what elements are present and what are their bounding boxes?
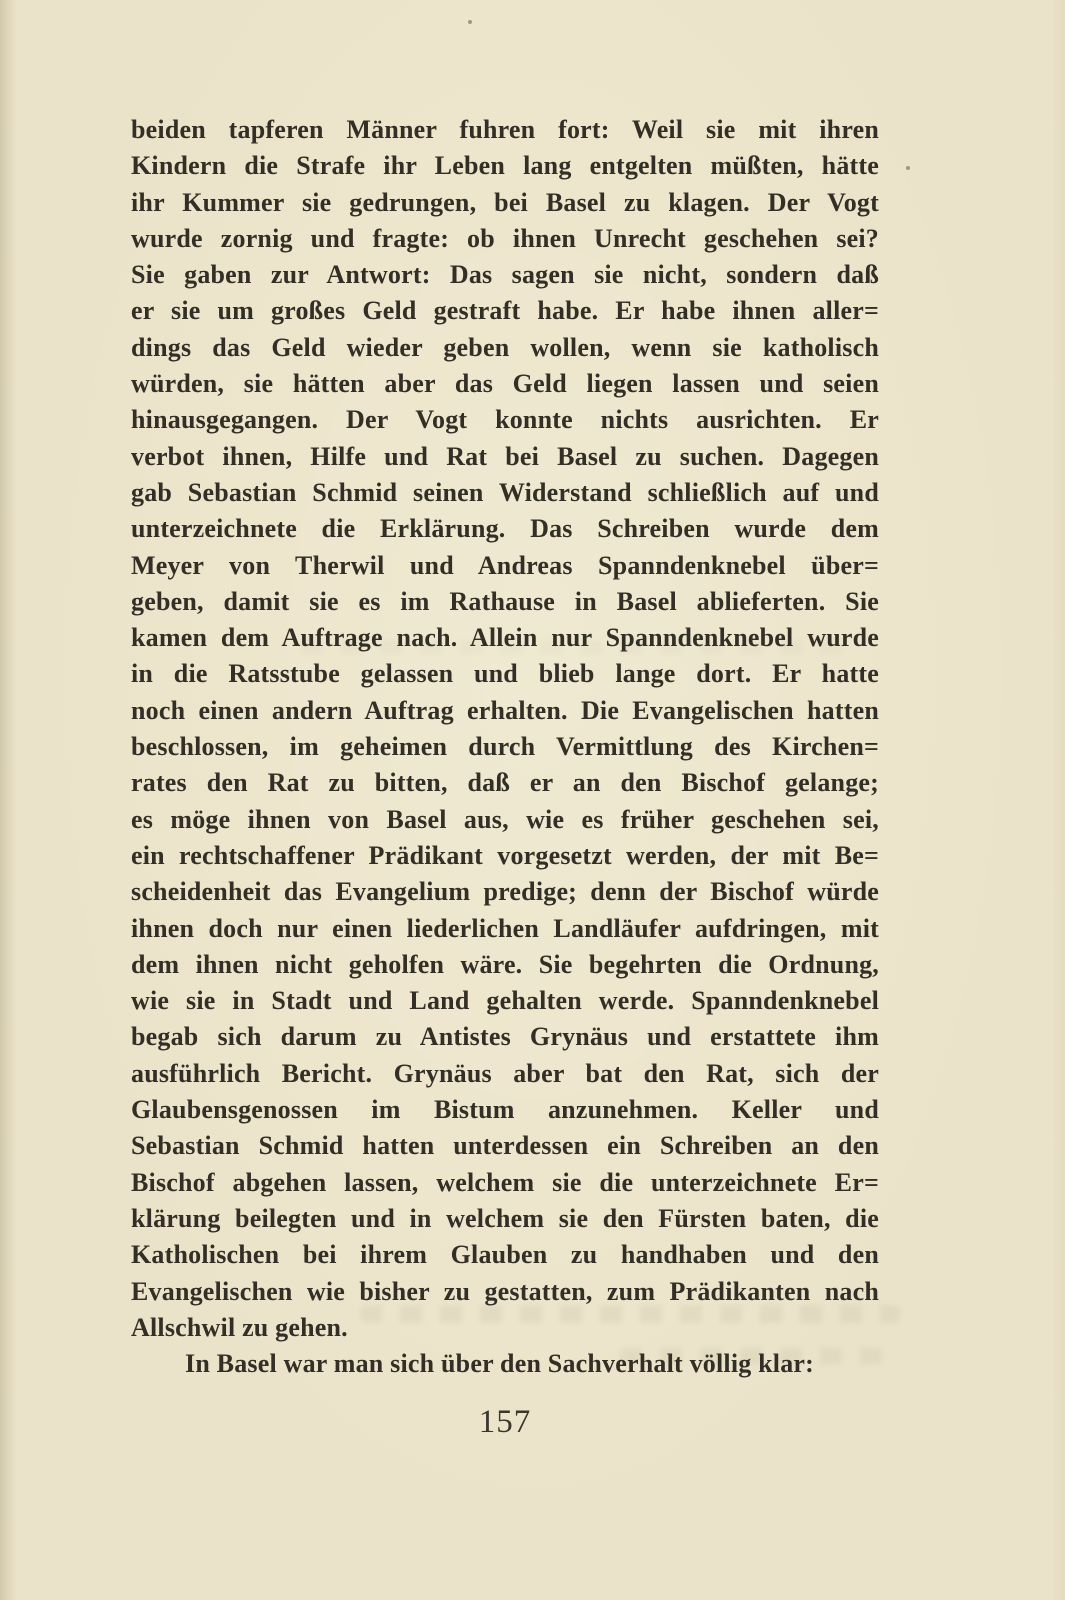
text-line: dings das Geld wieder geben wollen, wenn… — [131, 330, 879, 366]
page-number: 157 — [131, 1404, 879, 1441]
text-line: Glaubensgenossen im Bistum anzunehmen. K… — [131, 1092, 879, 1128]
text-line: kamen dem Auftrage nach. Allein nur Span… — [131, 620, 879, 656]
text-line: in die Ratsstube gelassen und blieb lang… — [131, 656, 879, 692]
text-line: gab Sebastian Schmid seinen Widerstand s… — [131, 475, 879, 511]
text-line: er sie um großes Geld gestraft habe. Er … — [131, 293, 879, 329]
text-line: Kindern die Strafe ihr Leben lang entgel… — [131, 148, 879, 184]
text-line: wie sie in Stadt und Land gehalten werde… — [131, 983, 879, 1019]
text-line: Evangelischen wie bisher zu gestatten, z… — [131, 1274, 879, 1310]
text-line: verbot ihnen, Hilfe und Rat bei Basel zu… — [131, 439, 879, 475]
text-line: beschlossen, im geheimen durch Vermittlu… — [131, 729, 879, 765]
text-line: Sebastian Schmid hatten unterdessen ein … — [131, 1128, 879, 1164]
text-line: beiden tapferen Männer fuhren fort: Weil… — [131, 112, 879, 148]
paragraph-new: In Basel war man sich über den Sachverha… — [131, 1346, 879, 1382]
text-line: geben, damit sie es im Rathause in Basel… — [131, 584, 879, 620]
text-line: begab sich darum zu Antistes Grynäus und… — [131, 1019, 879, 1055]
text-line: scheidenheit das Evangelium predige; den… — [131, 874, 879, 910]
text-line: wurde zornig und fragte: ob ihnen Unrech… — [131, 221, 879, 257]
text-line: ihnen doch nur einen liederlichen Landlä… — [131, 911, 879, 947]
text-line: klärung beilegten und in welchem sie den… — [131, 1201, 879, 1237]
text-line: ein rechtschaffener Prädikant vorgesetzt… — [131, 838, 879, 874]
text-line: dem ihnen nicht geholfen wäre. Sie begeh… — [131, 947, 879, 983]
text-line: würden, sie hätten aber das Geld liegen … — [131, 366, 879, 402]
text-line: ihr Kummer sie gedrungen, bei Basel zu k… — [131, 185, 879, 221]
text-line: Meyer von Therwil und Andreas Spanndenkn… — [131, 548, 879, 584]
paper-speck — [906, 166, 910, 170]
text-line: Sie gaben zur Antwort: Das sagen sie nic… — [131, 257, 879, 293]
page-text-block: beiden tapferen Männer fuhren fort: Weil… — [131, 112, 879, 1382]
book-page: beiden tapferen Männer fuhren fort: Weil… — [0, 0, 1065, 1600]
text-line: In Basel war man sich über den Sachverha… — [131, 1346, 879, 1382]
paper-speck — [468, 20, 472, 24]
paragraph-continued: beiden tapferen Männer fuhren fort: Weil… — [131, 112, 879, 1346]
text-line: noch einen andern Auftrag erhalten. Die … — [131, 693, 879, 729]
text-line: Allschwil zu gehen. — [131, 1310, 879, 1346]
text-line: hinausgegangen. Der Vogt konnte nichts a… — [131, 402, 879, 438]
text-line: ausführlich Bericht. Grynäus aber bat de… — [131, 1056, 879, 1092]
text-line: Bischof abgehen lassen, welchem sie die … — [131, 1165, 879, 1201]
text-line: Katholischen bei ihrem Glauben zu handha… — [131, 1237, 879, 1273]
text-line: rates den Rat zu bitten, daß er an den B… — [131, 765, 879, 801]
text-line: unterzeichnete die Erklärung. Das Schrei… — [131, 511, 879, 547]
text-line: es möge ihnen von Basel aus, wie es früh… — [131, 802, 879, 838]
